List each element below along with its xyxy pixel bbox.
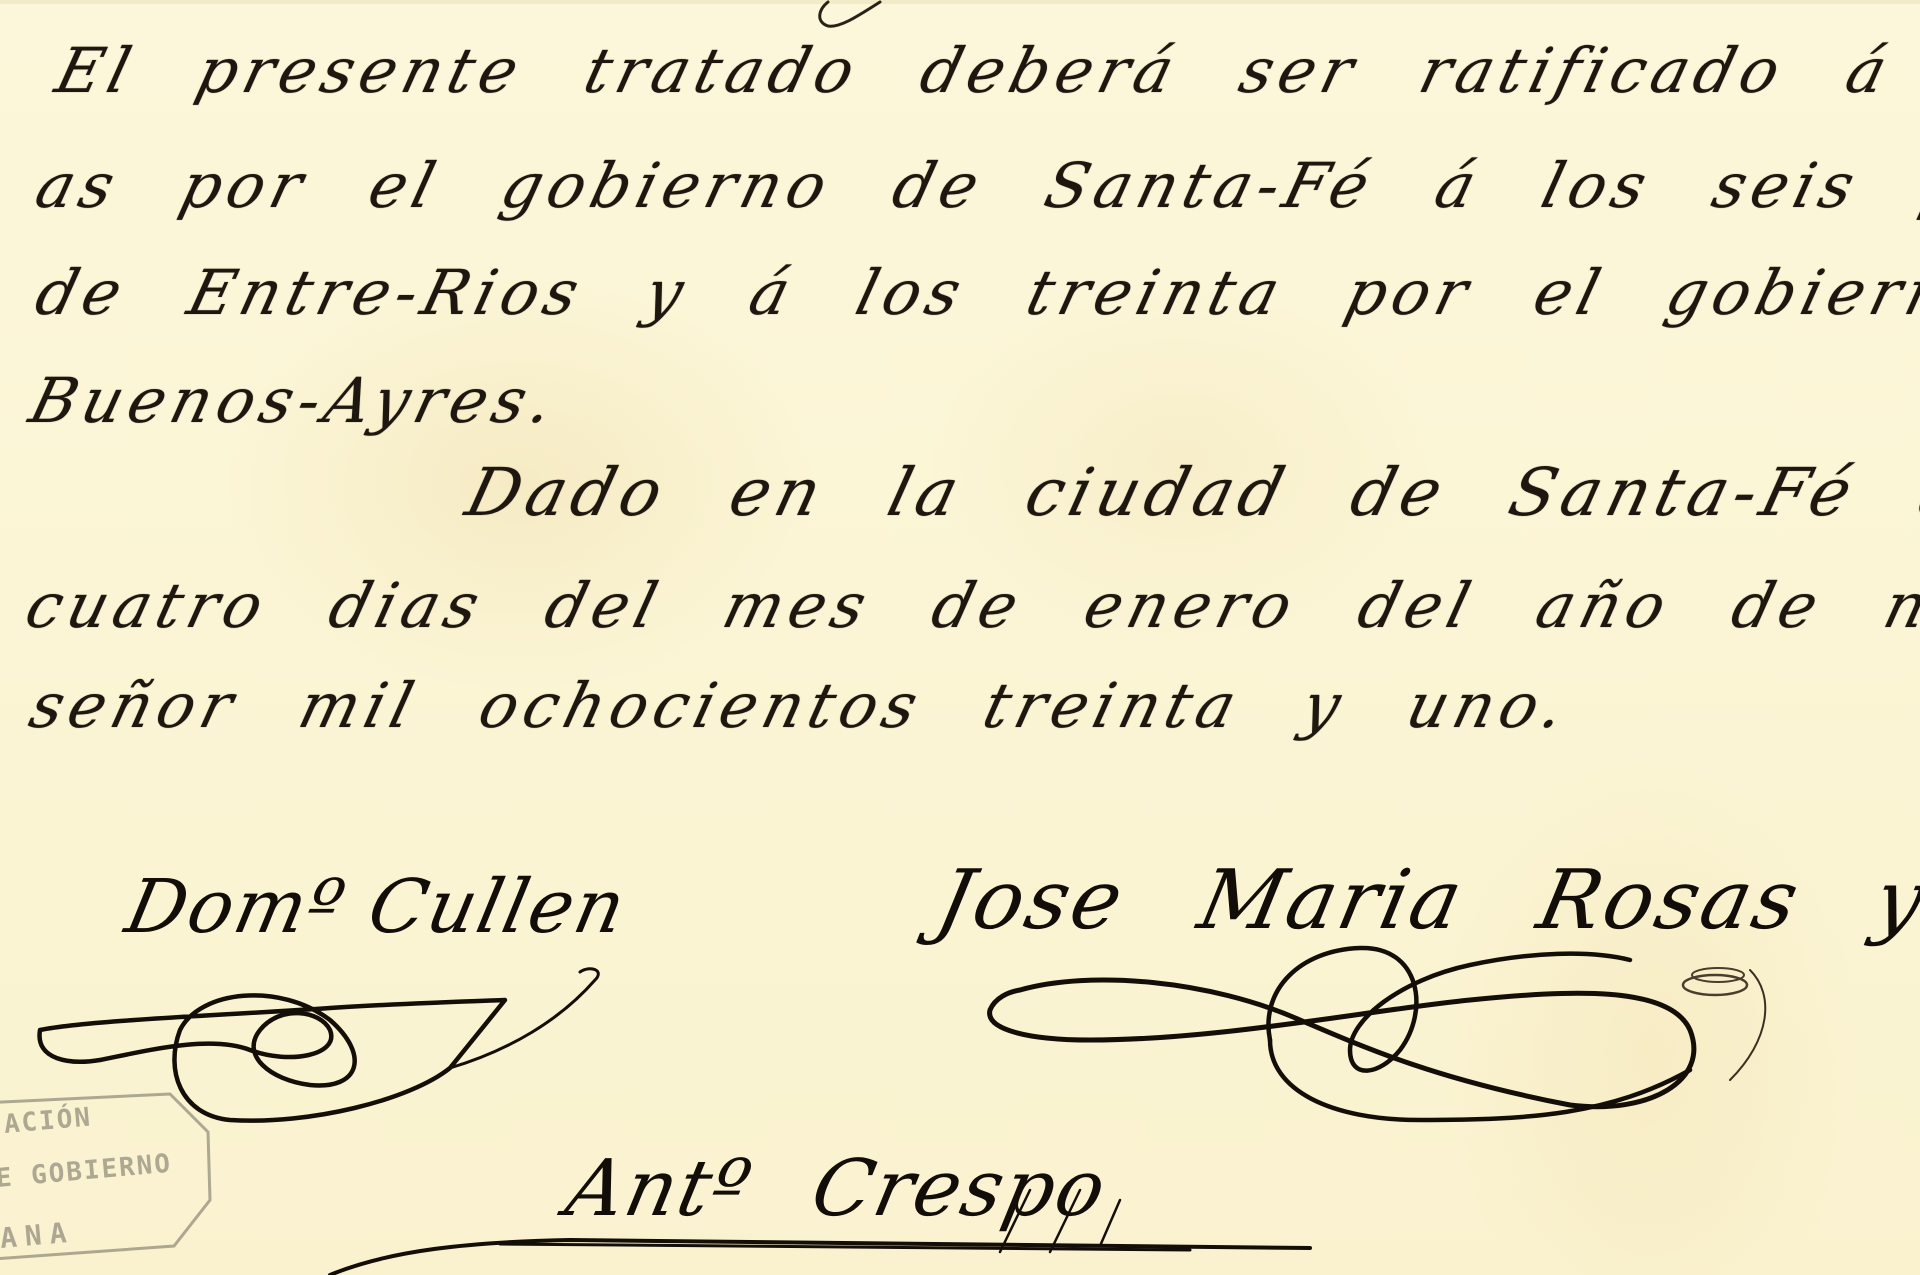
page-top-edge xyxy=(0,0,1920,4)
signature-cullen: Domº Cullen xyxy=(120,870,633,944)
stamp-text-line-3: ANA xyxy=(0,1216,76,1255)
closing-line-3: señor mil ochocientos treinta y uno. xyxy=(24,675,1576,737)
rubric-rosas-flourish xyxy=(970,930,1830,1130)
manuscript-page: El presente tratado deberá ser ratificad… xyxy=(0,0,1920,1275)
archive-stamp: ACIÓN E GOBIERNO ANA xyxy=(0,1080,250,1250)
body-line-4: Buenos-Ayres. xyxy=(24,370,565,432)
closing-line-2: cuatro dias del mes de enero del año de … xyxy=(20,575,1920,637)
signature-crespo: Antº Crespo xyxy=(560,1150,1114,1228)
body-line-2: as por el gobierno de Santa-Fé á los sei… xyxy=(30,155,1920,217)
closing-line-1: Dado en la ciudad de Santa-Fé á xyxy=(460,460,1920,526)
body-line-3: de Entre-Rios y á los treinta por el gob… xyxy=(30,262,1920,324)
body-line-1: El presente tratado deberá ser ratificad… xyxy=(50,40,1920,102)
rubric-crespo-underline xyxy=(330,1230,1330,1275)
